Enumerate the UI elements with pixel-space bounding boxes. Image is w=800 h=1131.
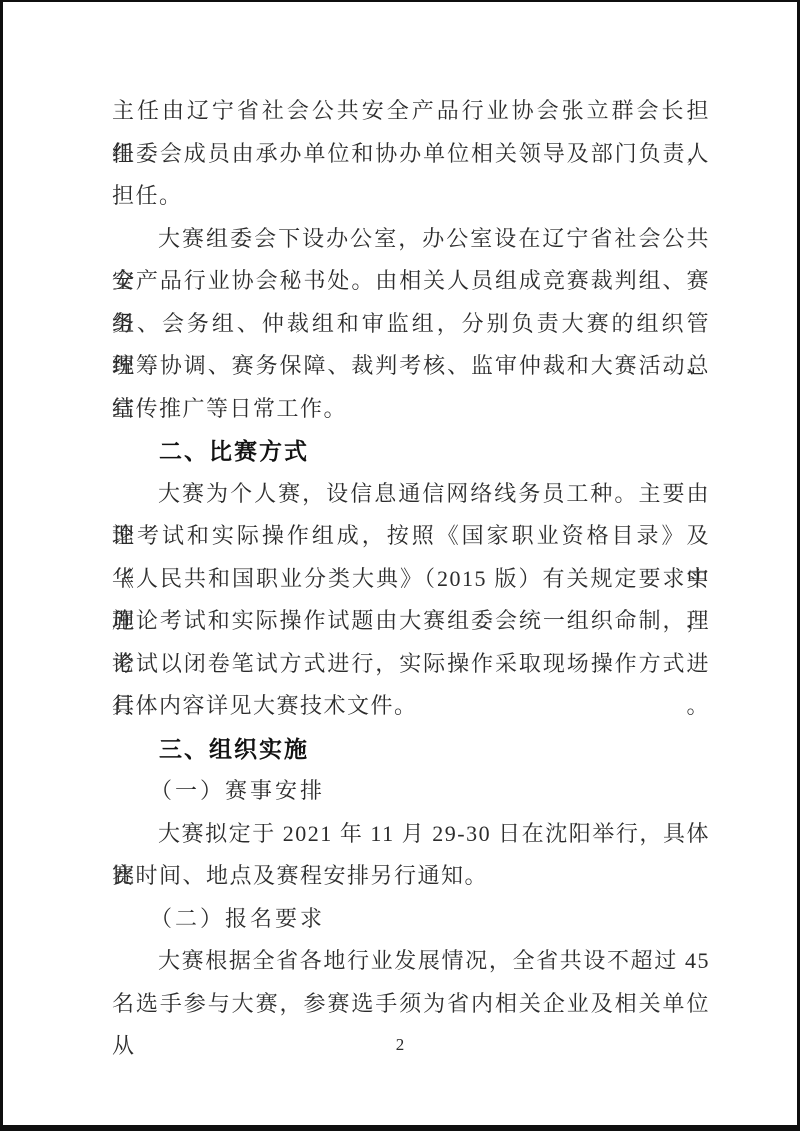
text-line: 大赛为个人赛，设信息通信网络线务员工种。主要由理 [112,473,710,516]
text-line: 大赛根据全省各地行业发展情况，全省共设不超过 45 [112,940,710,983]
text-line: 大赛组委会下设办公室，办公室设在辽宁省社会公共安 [112,218,710,261]
text-line: 主任由辽宁省社会公共安全产品行业协会张立群会长担任， [112,90,710,133]
text-line: 宣传推广等日常工作。 [112,388,710,431]
page-number: 2 [3,1035,797,1055]
text-line: 理论考试和实际操作试题由大赛组委会统一组织命制，理论 [112,600,710,643]
text-line: 担任。 [112,175,710,218]
text-line: 组委会成员由承办单位和协办单位相关领导及部门负责人 [112,133,710,176]
text-line: 赛时间、地点及赛程安排另行通知。 [112,855,710,898]
text-line: 全产品行业协会秘书处。由相关人员组成竞赛裁判组、赛务 [112,260,710,303]
document-body: 主任由辽宁省社会公共安全产品行业协会张立群会长担任，组委会成员由承办单位和协办单… [112,90,710,1025]
text-line: 统筹协调、赛务保障、裁判考核、监审仲裁和大赛活动总结 [112,345,710,388]
text-line: 名选手参与大赛，参赛选手须为省内相关企业及相关单位从 [112,983,710,1026]
text-line: （二）报名要求 [112,898,710,941]
text-line: 华人民共和国职业分类大典》（2015 版）有关规定要求实施， [112,558,710,601]
text-line: 论考试和实际操作组成，按照《国家职业资格目录》及《中 [112,515,710,558]
text-line: 二、比赛方式 [112,430,710,473]
text-line: 考试以闭卷笔试方式进行，实际操作采取现场操作方式进行。 [112,643,710,686]
document-page: 主任由辽宁省社会公共安全产品行业协会张立群会长担任，组委会成员由承办单位和协办单… [0,0,800,1131]
text-line: （一）赛事安排 [112,770,710,813]
text-line: 三、组织实施 [112,728,710,771]
text-line: 组、会务组、仲裁组和审监组，分别负责大赛的组织管理、 [112,303,710,346]
text-line: 大赛拟定于 2021 年 11 月 29-30 日在沈阳举行，具体比 [112,813,710,856]
